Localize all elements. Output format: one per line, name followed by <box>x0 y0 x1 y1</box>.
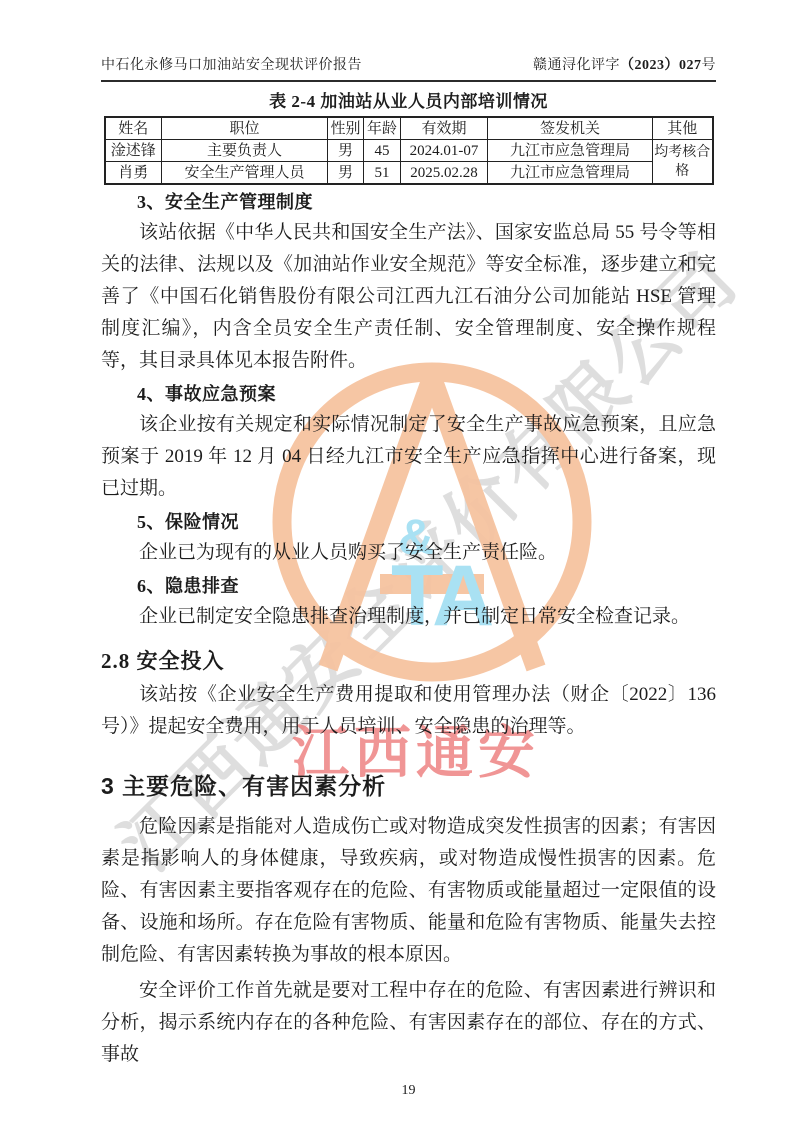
training-table: 姓名 职位 性别 年龄 有效期 签发机关 其他 淦述锋 主要负责人 男 45 2… <box>104 116 714 185</box>
table-row: 肖勇 安全生产管理人员 男 51 2025.02.28 九江市应急管理局 <box>105 162 713 185</box>
document-number-header: 赣通浔化评字（2023）027号 <box>533 54 716 74</box>
report-title-header: 中石化永修马口加油站安全现状评价报告 <box>101 54 362 74</box>
heading-chapter-3-hazard-analysis: 3 主要危险、有害因素分析 <box>101 769 716 803</box>
heading-hazard-inspection: 6、隐患排查 <box>101 573 716 599</box>
cell-issuer: 九江市应急管理局 <box>488 140 653 162</box>
heading-2-8-safety-investment: 2.8 安全投入 <box>101 647 716 675</box>
cell-validity: 2024.01-07 <box>401 140 488 162</box>
col-header-issuer: 签发机关 <box>488 117 653 140</box>
col-header-position: 职位 <box>162 117 328 140</box>
cell-name: 肖勇 <box>105 162 162 185</box>
doc-number-bold: （2023）027 <box>620 58 702 73</box>
paragraph-safety-management-system: 该站依据《中华人民共和国安全生产法》、国家安监总局 55 号令等相关的法律、法规… <box>101 217 716 377</box>
cell-gender: 男 <box>328 140 364 162</box>
paragraph-hazard-inspection: 企业已制定安全隐患排查治理制度，并已制定日常安全检查记录。 <box>101 601 716 633</box>
cell-other-merged: 均考核合格 <box>653 140 713 185</box>
col-header-validity: 有效期 <box>401 117 488 140</box>
paragraph-insurance: 企业已为现有的从业人员购买了安全生产责任险。 <box>101 537 716 569</box>
paragraph-hazard-definition: 危险因素是指能对人造成伤亡或对物造成突发性损害的因素；有害因素是指影响人的身体健… <box>101 811 716 971</box>
cell-age: 45 <box>364 140 401 162</box>
heading-emergency-plan: 4、事故应急预案 <box>101 381 716 407</box>
document-page: 江西通安全评价有限公司 & TA 江西通安 中石化永修马口加油站安全现状评价报告… <box>0 0 800 1131</box>
cell-gender: 男 <box>328 162 364 185</box>
col-header-other: 其他 <box>653 117 713 140</box>
table-header-row: 姓名 职位 性别 年龄 有效期 签发机关 其他 <box>105 117 713 140</box>
table-2-4-title: 表 2-4 加油站从业人员内部培训情况 <box>101 90 716 113</box>
table-row: 淦述锋 主要负责人 男 45 2024.01-07 九江市应急管理局 均考核合格 <box>105 140 713 162</box>
cell-position: 安全生产管理人员 <box>162 162 328 185</box>
col-header-gender: 性别 <box>328 117 364 140</box>
page-header: 中石化永修马口加油站安全现状评价报告 赣通浔化评字（2023）027号 <box>101 0 716 82</box>
cell-validity: 2025.02.28 <box>401 162 488 185</box>
page-number: 19 <box>101 1083 716 1099</box>
cell-issuer: 九江市应急管理局 <box>488 162 653 185</box>
heading-insurance: 5、保险情况 <box>101 509 716 535</box>
doc-number-prefix: 赣通浔化评字 <box>533 58 620 73</box>
col-header-age: 年龄 <box>364 117 401 140</box>
doc-number-suffix: 号 <box>702 58 717 73</box>
paragraph-safety-evaluation-work: 安全评价工作首先就是要对工程中存在的危险、有害因素进行辨识和分析，揭示系统内存在… <box>101 975 716 1071</box>
col-header-name: 姓名 <box>105 117 162 140</box>
document-content: 中石化永修马口加油站安全现状评价报告 赣通浔化评字（2023）027号 表 2-… <box>0 0 800 1099</box>
paragraph-emergency-plan: 该企业按有关规定和实际情况制定了安全生产事故应急预案，且应急预案于 2019 年… <box>101 409 716 505</box>
cell-position: 主要负责人 <box>162 140 328 162</box>
heading-safety-management-system: 3、安全生产管理制度 <box>101 189 716 215</box>
paragraph-safety-investment: 该站按《企业安全生产费用提取和使用管理办法（财企〔2022〕136 号）》提起安… <box>101 679 716 743</box>
cell-age: 51 <box>364 162 401 185</box>
cell-name: 淦述锋 <box>105 140 162 162</box>
